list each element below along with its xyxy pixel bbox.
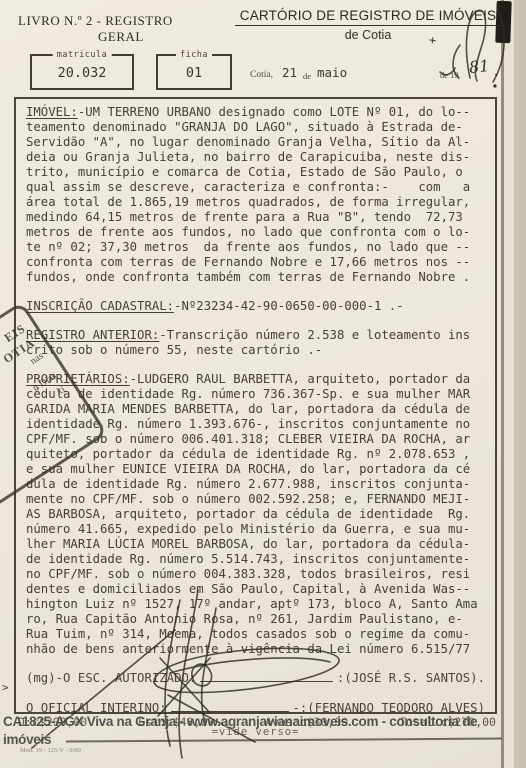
margin-mark: > — [2, 681, 9, 694]
section-first-line: PROPRIETÁRIOS:-LUDGERO RAUL BARBETTA, ar… — [26, 372, 485, 387]
section-first-line: REGISTRO ANTERIOR:-Transcrição número 2.… — [26, 328, 485, 343]
text-line: teamento denominado "GRANJA DO LAGO", si… — [26, 120, 485, 135]
text-line: te nº 02; 37,30 metros da frente aos fun… — [26, 240, 485, 255]
section-heading: IMÓVEL: — [26, 105, 78, 119]
date-month: maio — [317, 65, 347, 80]
book-title: LIVRO N.º 2 - REGISTRO — [18, 13, 173, 29]
text-line: trito, município e comarca de Cotia, Est… — [26, 165, 485, 180]
text-line: e sua mulher EUNICE VIEIRA DA ROCHA, do … — [26, 462, 485, 477]
text-line: crito sob o número 55, neste cartório .- — [26, 343, 485, 358]
matricula-value: 20.032 — [32, 65, 132, 81]
watermark-line2: imóveis — [3, 732, 51, 747]
scan-background-outer — [514, 0, 526, 768]
book-title-line2: GERAL — [98, 29, 144, 45]
matricula-box: matricula 20.032 — [30, 54, 134, 90]
ficha-label: ficha — [176, 50, 212, 60]
text-line: deia ou Granja Julieta, no bairro de Car… — [26, 150, 485, 165]
document-section: INSCRIÇÃO CADASTRAL:-Nº23234-42-90-0650-… — [26, 299, 485, 314]
watermark-line1: CA1825-AGX Viva na Granja - www.agranjav… — [3, 714, 477, 729]
text-line: no CPF/MF. sob o número 004.383.328, tod… — [26, 567, 485, 582]
ficha-box: ficha 01 — [156, 54, 232, 90]
section-first-line: INSCRIÇÃO CADASTRAL:-Nº23234-42-90-0650-… — [26, 299, 485, 314]
text-line: Servidão "A", no lugar denominado Granja… — [26, 135, 485, 150]
text-line: mente no CPF/MF. sob o número 002.592.25… — [26, 492, 485, 507]
document-section: REGISTRO ANTERIOR:-Transcrição número 2.… — [26, 328, 485, 358]
text-line: qual assim se descreve, caracteriza e co… — [26, 180, 485, 195]
date-city: Cotia, — [250, 70, 273, 80]
matricula-label: matricula — [53, 50, 112, 60]
date-de: de — [303, 71, 311, 81]
text-line: lher MARIA LÚCIA MOREL BARBOSA, do lar, … — [26, 537, 485, 552]
text-line: quiteto, portador da cédula de identidad… — [26, 447, 485, 462]
text-line: cédula de identidade Rg. número 736.367-… — [26, 387, 485, 402]
text-line: de identidade Rg. número 5.514.743, insc… — [26, 552, 485, 567]
document-section: IMÓVEL:-UM TERRENO URBANO designado como… — [26, 105, 485, 285]
text-line: área total de 1.865,19 metros quadrados,… — [26, 195, 485, 210]
text-line: número 41.665, expedido pelo Ministério … — [26, 522, 485, 537]
section-heading: INSCRIÇÃO CADASTRAL: — [26, 299, 174, 313]
text-line: confronta com terras de Fernando Nobre e… — [26, 255, 485, 270]
signature-scribble-icon — [20, 588, 420, 768]
text-line: fundos, onde confronta também com terras… — [26, 270, 485, 285]
section-heading-rest: -UM TERRENO URBANO designado como LOTE N… — [78, 105, 470, 119]
scanned-registry-document: LIVRO N.º 2 - REGISTRO GERAL CARTÓRIO DE… — [0, 0, 526, 768]
ficha-value: 01 — [158, 65, 230, 81]
section-heading-rest: -LUDGERO RAUL BARBETTA, arquiteto, porta… — [130, 372, 471, 386]
section-heading-rest: -Nº23234-42-90-0650-00-000-1 .- — [174, 299, 404, 313]
date-day: 21 — [282, 65, 297, 80]
handwriting-scribble-icon — [415, 0, 526, 115]
section-heading-rest: -Transcrição número 2.538 e loteamento i… — [159, 328, 470, 342]
text-line: metros de frente aos fundos, no lado que… — [26, 225, 485, 240]
text-line: dula de identidade Rg. número 2.677.988,… — [26, 477, 485, 492]
document-sections: IMÓVEL:-UM TERRENO URBANO designado como… — [26, 105, 485, 657]
text-line: medindo 64,15 metros de frente para a Ru… — [26, 210, 485, 225]
text-line: AS BARBOSA, arquiteto, portador da cédul… — [26, 507, 485, 522]
scan-background-strip — [504, 0, 514, 768]
